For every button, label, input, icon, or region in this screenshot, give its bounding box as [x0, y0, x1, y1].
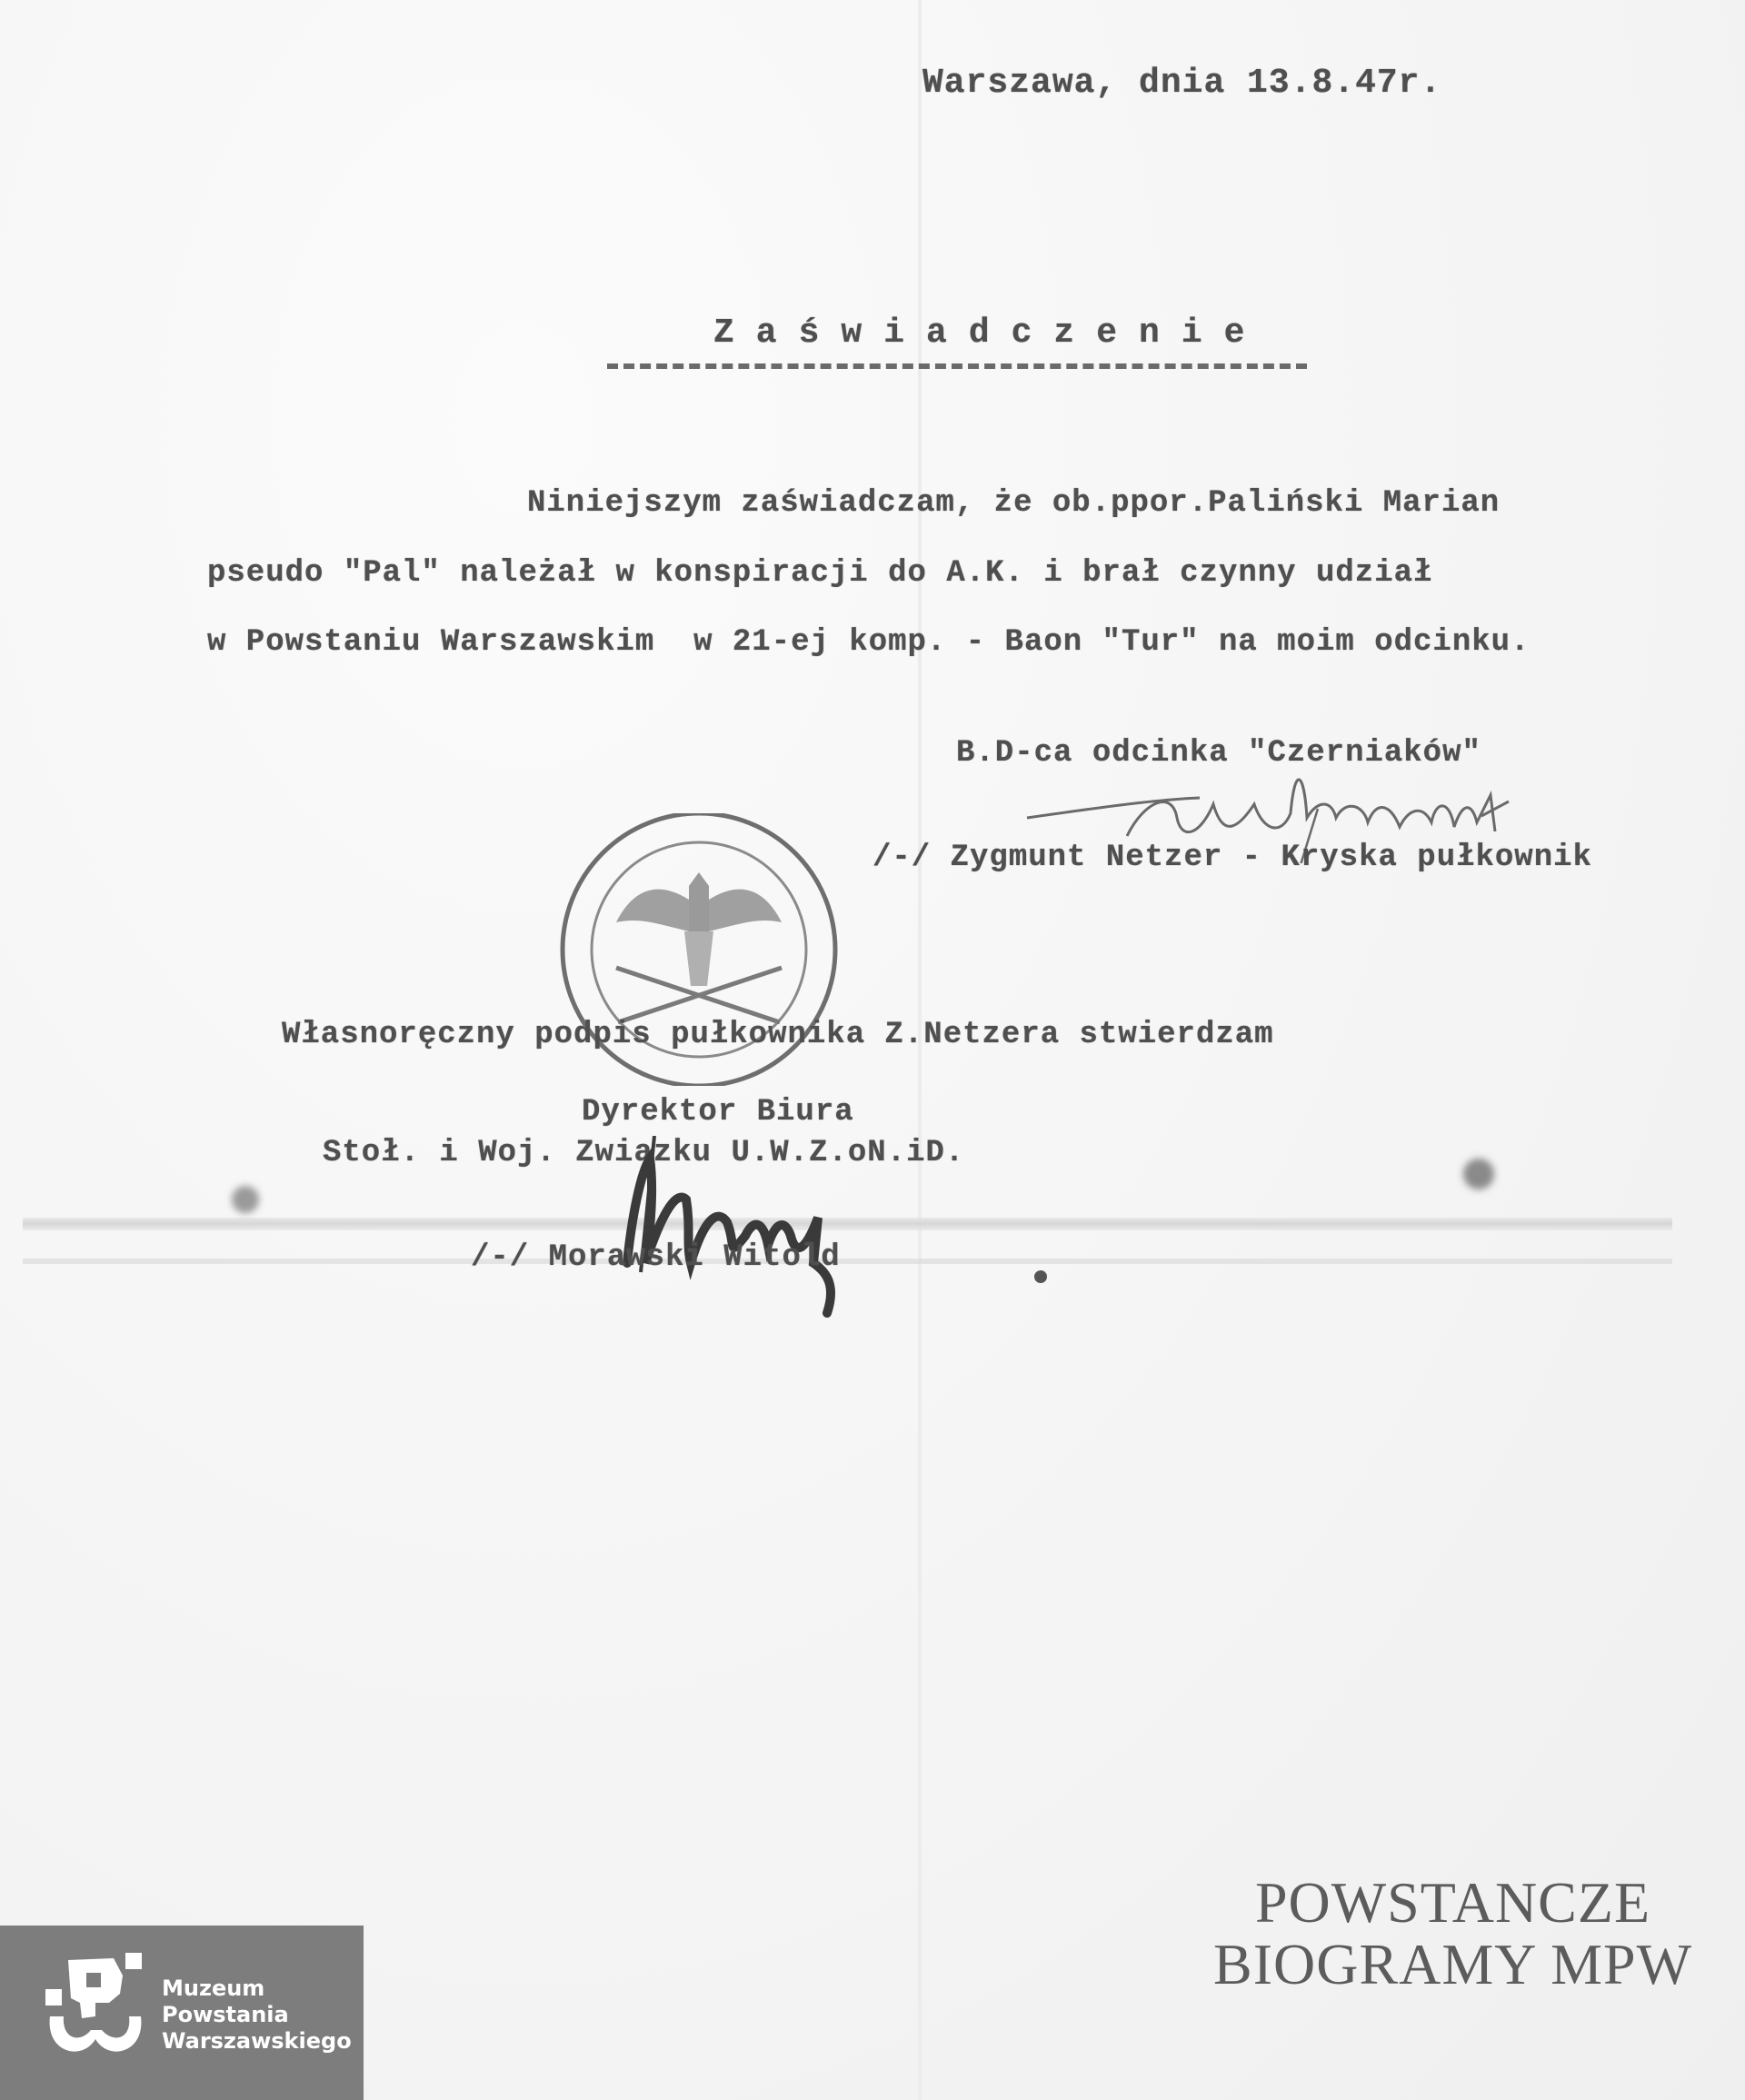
ink-blot: [232, 1186, 259, 1213]
logo-line-3: Warszawskiego: [162, 2028, 352, 2055]
signatory-1-name: /-/ Zygmunt Netzer - Kryska pułkownik: [872, 841, 1592, 875]
logo-text: Muzeum Powstania Warszawskiego: [162, 1976, 352, 2055]
logo-line-1: Muzeum: [162, 1976, 352, 2002]
museum-logo[interactable]: Muzeum Powstania Warszawskiego: [0, 1926, 364, 2100]
document-title: Zaświadczenie: [713, 314, 1266, 353]
signatory-2-role-line-1: Dyrektor Biura: [582, 1095, 854, 1130]
signature-confirmation: Własnoręczny podpis pułkownika Z.Netzera…: [282, 1018, 1274, 1052]
watermark: POWSTANCZE BIOGRAMY MPW: [1213, 1872, 1692, 1995]
body-line-3: w Powstaniu Warszawskim w 21-ej komp. - …: [207, 625, 1530, 660]
ink-blot: [1463, 1159, 1494, 1189]
body-line-1: Niniejszym zaświadczam, że ob.ppor.Paliń…: [527, 486, 1500, 521]
body-line-2: pseudo "Pal" należał w konspiracji do A.…: [207, 556, 1432, 591]
logo-line-2: Powstania: [162, 2002, 352, 2028]
signatory-2-name: /-/ Morawski Witold: [471, 1240, 841, 1275]
place-date: Warszawa, dnia 13.8.47r.: [922, 64, 1441, 103]
title-underline: [607, 363, 1307, 369]
watermark-line-2: BIOGRAMY MPW: [1213, 1934, 1692, 1995]
ink-dot: [1034, 1270, 1047, 1283]
kotwica-anchor-icon: [45, 1953, 150, 2062]
signature-morawski-icon: [600, 1136, 1054, 1318]
watermark-line-1: POWSTANCZE: [1213, 1872, 1692, 1934]
